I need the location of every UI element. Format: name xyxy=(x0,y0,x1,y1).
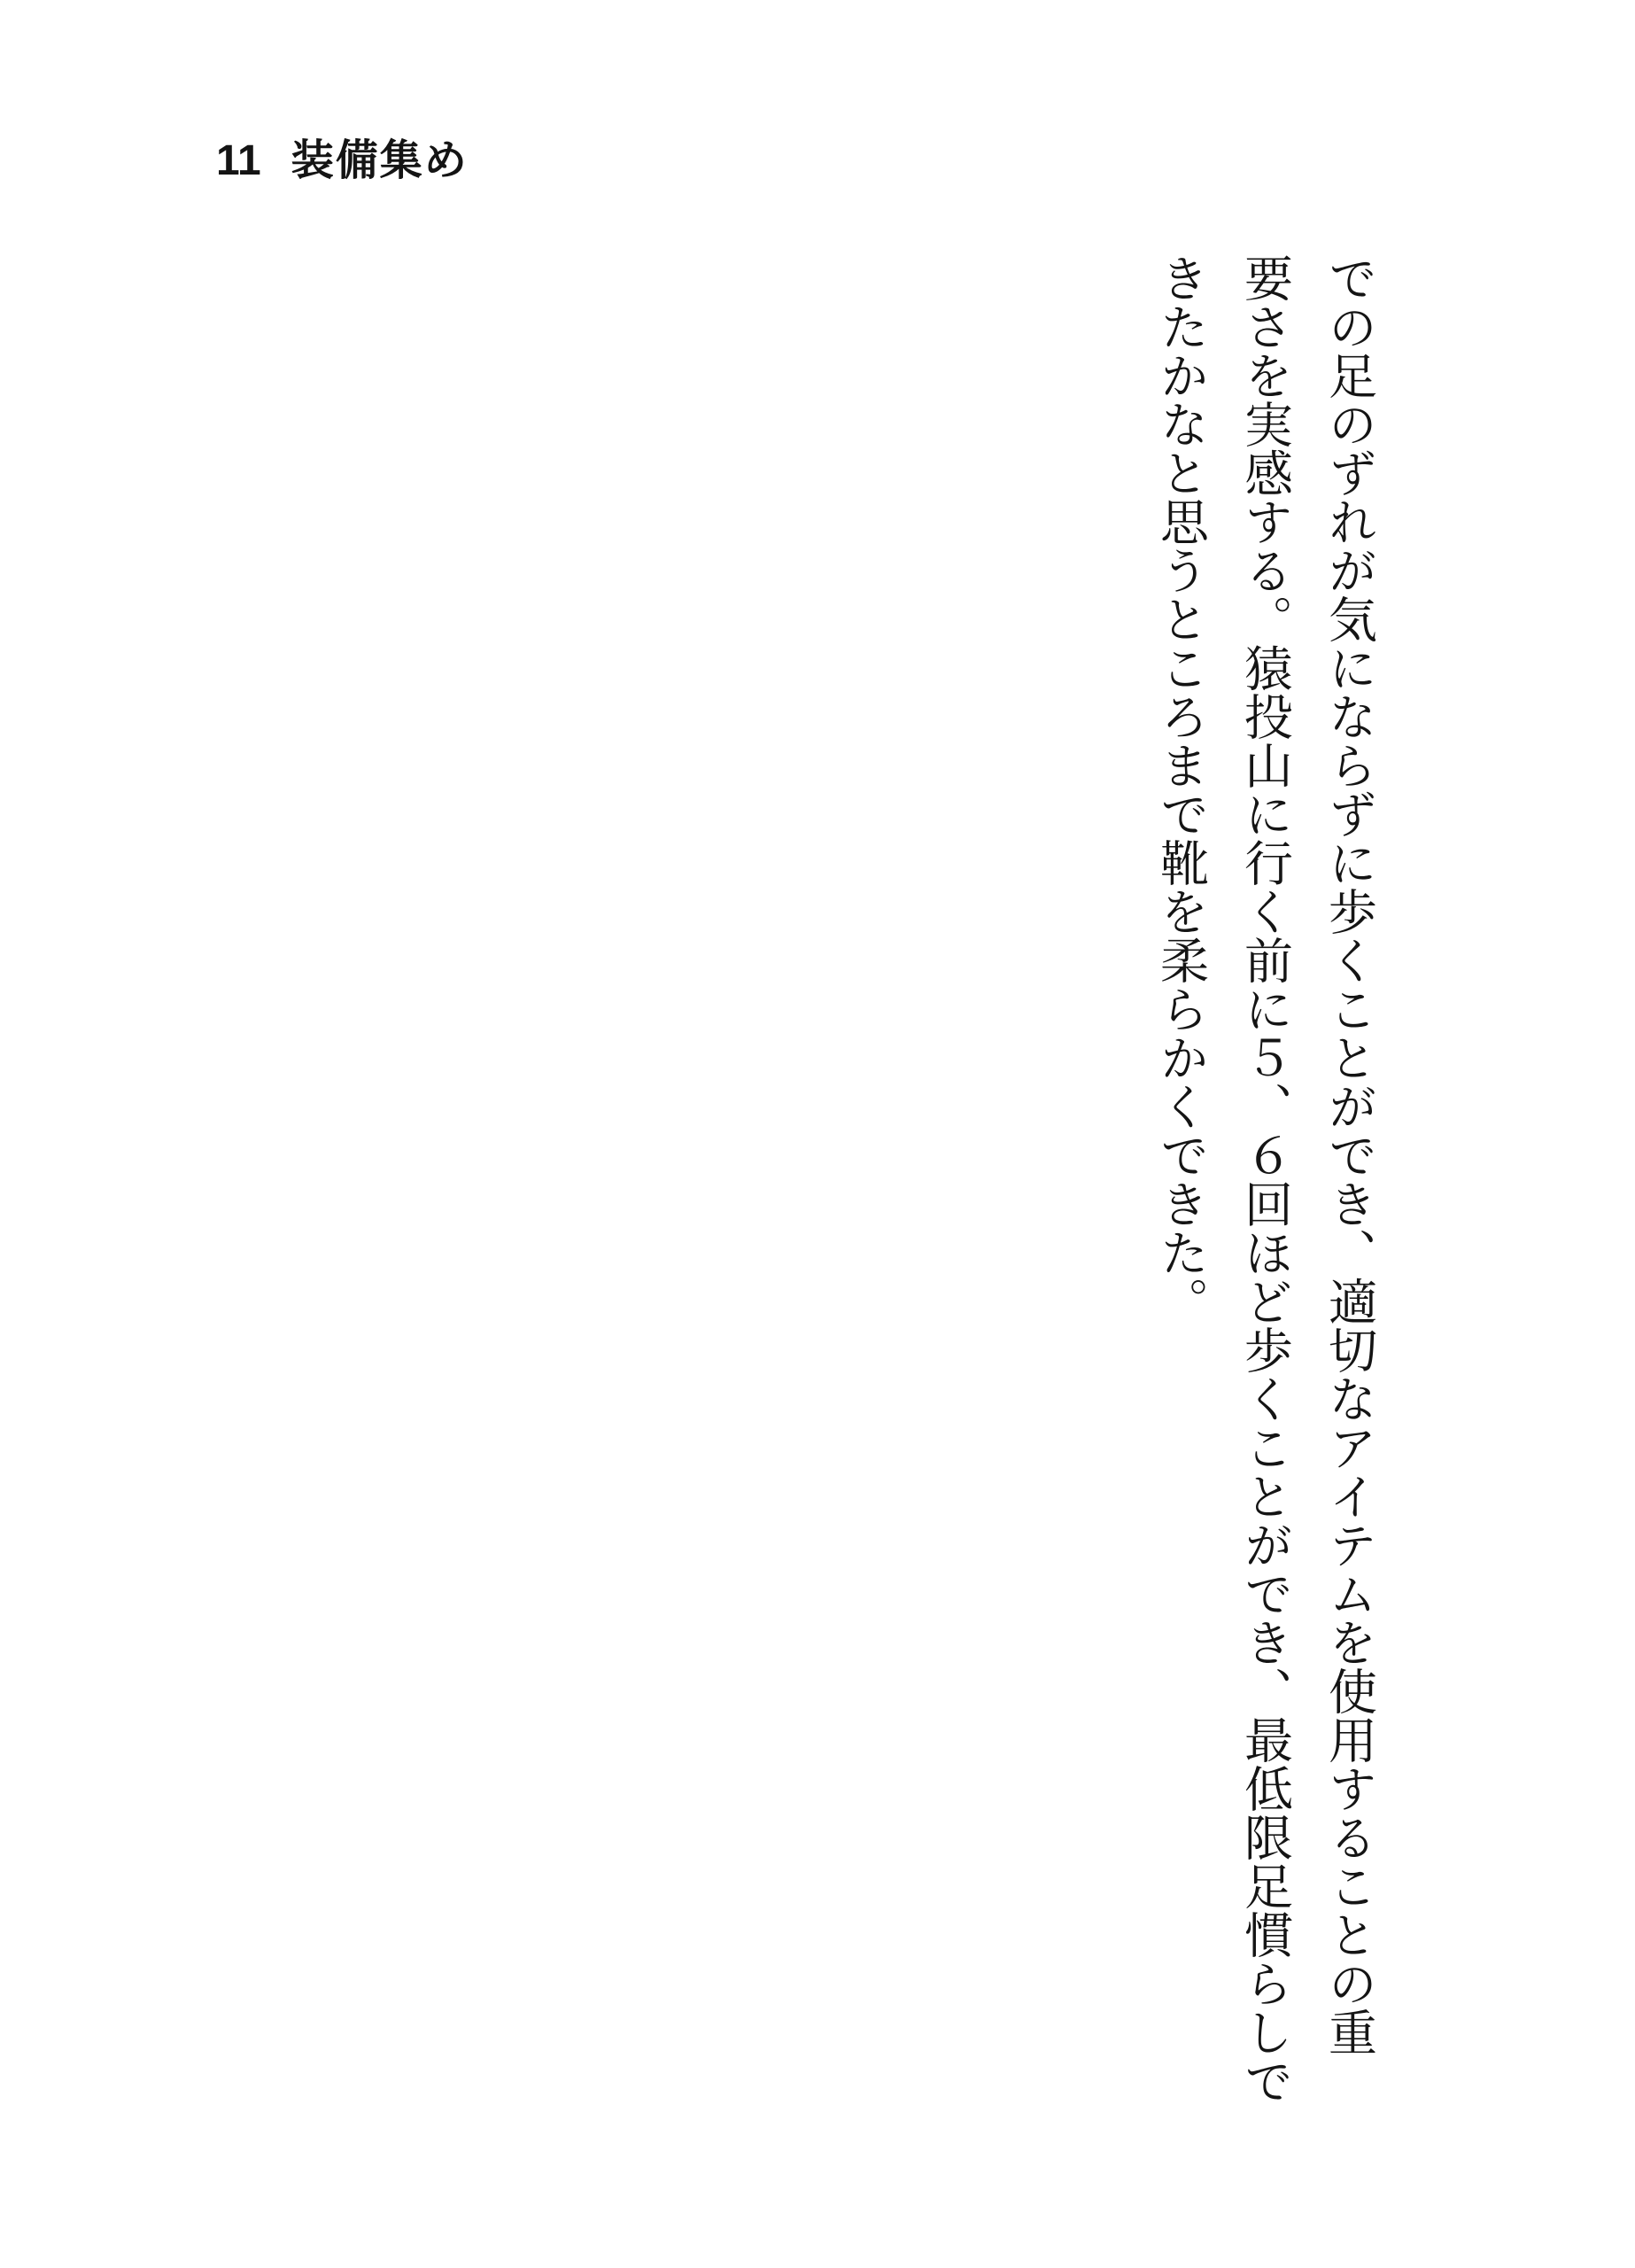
text-column-1: での足のずれが気にならずに歩くことができ、適切なアイテムを使用することの重 xyxy=(1306,253,1391,2105)
chapter-title: 装備集め xyxy=(291,140,469,183)
vertical-text-block: での足のずれが気にならずに歩くことができ、適切なアイテムを使用することの重 要さ… xyxy=(1138,253,1391,2105)
text-column-2: 要さを実感する。猿投山に行く前に５、６回ほど歩くことができ、最低限足慣らしで xyxy=(1222,253,1306,2105)
book-page: 11 装備集め での足のずれが気にならずに歩くことができ、適切なアイテムを使用す… xyxy=(0,0,1635,2268)
chapter-header: 11 装備集め xyxy=(216,140,469,183)
text-column-3: きたかなと思うところまで靴を柔らかくできた。 xyxy=(1138,253,1222,2105)
chapter-number: 11 xyxy=(216,140,261,183)
